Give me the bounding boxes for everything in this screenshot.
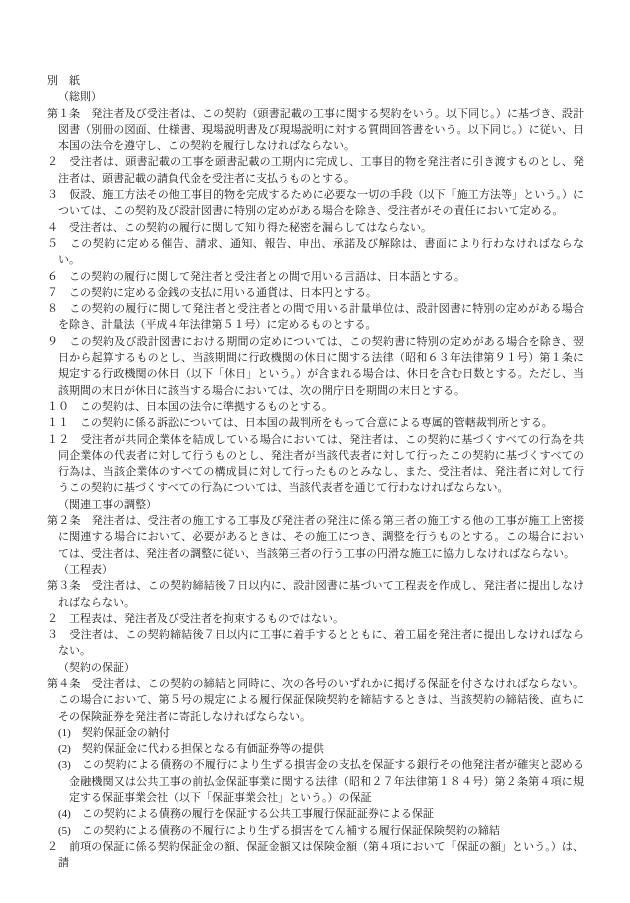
paragraph-subitem: (3) この契約による債務の不履行により生ずる損害金の支払を保証する銀行その他発… (47, 757, 584, 806)
paragraph-heading: （関連工事の調整） (47, 497, 584, 513)
document-page: 別 紙（総則）第１条 発注者及び受注者は、この契約（頭書記載の工事に関する契約を… (0, 0, 630, 903)
paragraph-subitem: (1) 契約保証金の納付 (47, 725, 584, 741)
paragraph-clause: 第２条 発注者は、受注者の施工する工事及び発注者の発注に係る第三者の施工する他の… (47, 513, 584, 562)
paragraph-clause: ６ この契約の履行に関して発注者と受注者との間で用いる言語は、日本語とする。 (47, 269, 584, 285)
paragraph-clause: １１ この契約に係る訴訟については、日本国の裁判所をもって合意による専属的管轄裁… (47, 415, 584, 431)
paragraph-subitem: (4) この契約による債務の履行を保証する公共工事履行保証証券による保証 (47, 806, 584, 822)
paragraph-clause: ２ 工程表は、発注者及び受注者を拘束するものではない。 (47, 611, 584, 627)
paragraph-clause: ２ 受注者は、頭書記載の工事を頭書記載の工期内に完成し、工事目的物を発注者に引き… (47, 154, 584, 187)
paragraph-heading: （契約の保証） (47, 660, 584, 676)
paragraph-clause: ９ この契約及び設計図書における期間の定めについては、この契約書に特別の定めがあ… (47, 334, 584, 399)
paragraph-clause: 第１条 発注者及び受注者は、この契約（頭書記載の工事に関する契約をいう。以下同じ… (47, 106, 584, 155)
paragraph-clause: １２ 受注者が共同企業体を結成している場合においては、発注者は、この契約に基づく… (47, 432, 584, 497)
paragraph-clause: ８ この契約の履行に関して発注者と受注者との間で用いる計量単位は、設計図書に特別… (47, 301, 584, 334)
paragraph-clause: １０ この契約は、日本国の法令に準拠するものとする。 (47, 399, 584, 415)
paragraph-heading: （総則） (47, 89, 584, 105)
paragraph-title: 別 紙 (47, 73, 584, 89)
paragraph-clause: ２ 前項の保証に係る契約保証金の額、保証金額又は保険金額（第４項において「保証の… (47, 839, 584, 872)
paragraph-clause: ４ 受注者は、この契約の履行に関して知り得た秘密を漏らしてはならない。 (47, 220, 584, 236)
paragraph-clause: ５ この契約に定める催告、請求、通知、報告、申出、承諾及び解除は、書面により行わ… (47, 236, 584, 269)
paragraph-subitem: (2) 契約保証金に代わる担保となる有価証券等の提供 (47, 741, 584, 757)
paragraph-clause: ７ この契約に定める金銭の支払に用いる通貨は、日本円とする。 (47, 285, 584, 301)
paragraph-subitem: (5) この契約による債務の不履行により生ずる損害をてん補する履行保証保険契約の… (47, 823, 584, 839)
paragraph-clause: ３ 受注者は、この契約締結後７日以内に工事に着手するとともに、着工届を発注者に提… (47, 627, 584, 660)
paragraph-clause: 第３条 受注者は、この契約締結後７日以内に、設計図書に基づいて工程表を作成し、発… (47, 578, 584, 611)
paragraph-heading: （工程表） (47, 562, 584, 578)
paragraph-clause: ３ 仮設、施工方法その他工事目的物を完成するために必要な一切の手段（以下「施工方… (47, 187, 584, 220)
paragraph-clause: 第４条 受注者は、この契約の締結と同時に、次の各号のいずれかに掲げる保証を付さな… (47, 676, 584, 725)
document-body: 別 紙（総則）第１条 発注者及び受注者は、この契約（頭書記載の工事に関する契約を… (47, 73, 584, 872)
